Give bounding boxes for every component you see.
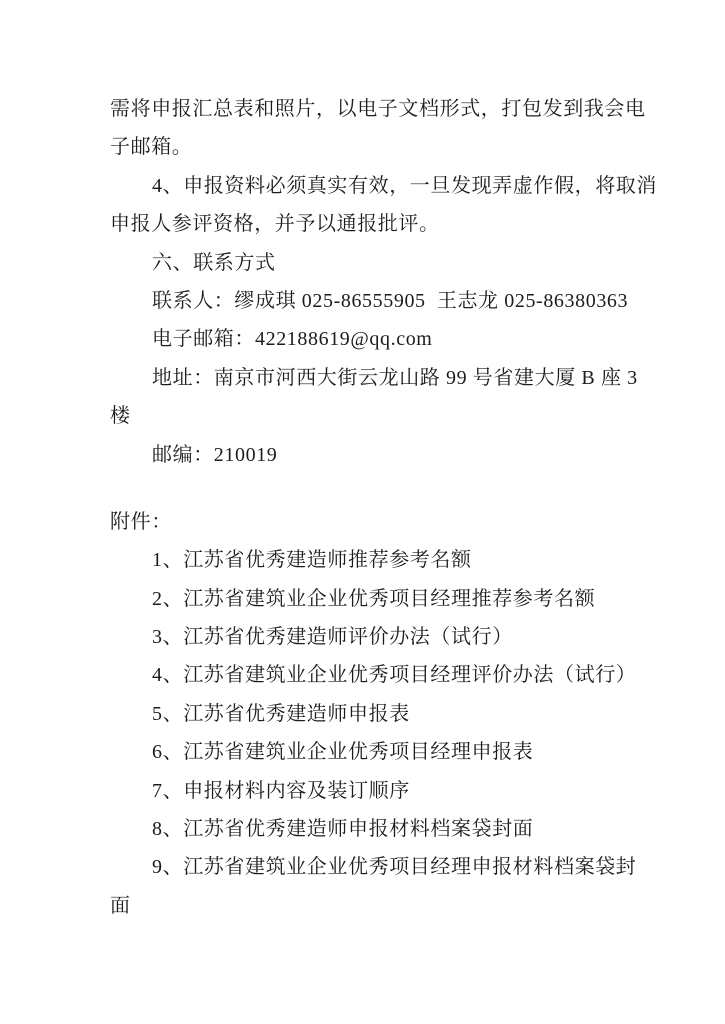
attachment-item: 1、江苏省优秀建造师推荐参考名额: [110, 541, 630, 579]
attachments-label: 附件：: [110, 503, 630, 541]
attachment-item: 4、江苏省建筑业企业优秀项目经理评价办法（试行）: [110, 656, 630, 694]
contact-postcode-line: 邮编：210019: [110, 436, 630, 474]
body-text-line: 4、申报资料必须真实有效，一旦发现弄虚作假，将取消: [110, 167, 630, 205]
body-text-line: 申报人参评资格，并予以通报批评。: [110, 205, 630, 243]
attachment-item: 2、江苏省建筑业企业优秀项目经理推荐参考名额: [110, 580, 630, 618]
attachment-item: 8、江苏省优秀建造师申报材料档案袋封面: [110, 810, 630, 848]
attachment-item: 5、江苏省优秀建造师申报表: [110, 695, 630, 733]
document-text-block: 需将申报汇总表和照片，以电子文档形式，打包发到我会电 子邮箱。 4、申报资料必须…: [110, 90, 630, 925]
contact-address-line-cont: 楼: [110, 397, 630, 435]
attachment-item: 3、江苏省优秀建造师评价办法（试行）: [110, 618, 630, 656]
contact-address-line: 地址：南京市河西大街云龙山路 99 号省建大厦 B 座 3: [110, 359, 630, 397]
body-text-line: 子邮箱。: [110, 128, 630, 166]
contact-email-line: 电子邮箱：422188619@qq.com: [110, 320, 630, 358]
attachment-item: 9、江苏省建筑业企业优秀项目经理申报材料档案袋封: [110, 848, 630, 886]
section-heading-contact: 六、联系方式: [110, 244, 630, 282]
attachment-item-cont: 面: [110, 887, 630, 925]
document-page: 需将申报汇总表和照片，以电子文档形式，打包发到我会电 子邮箱。 4、申报资料必须…: [0, 0, 725, 1024]
contact-person-line: 联系人：缪成琪 025-86555905 王志龙 025-86380363: [110, 282, 630, 320]
attachment-item: 7、申报材料内容及装订顺序: [110, 772, 630, 810]
attachment-item: 6、江苏省建筑业企业优秀项目经理申报表: [110, 733, 630, 771]
body-text-line: 需将申报汇总表和照片，以电子文档形式，打包发到我会电: [110, 90, 630, 128]
